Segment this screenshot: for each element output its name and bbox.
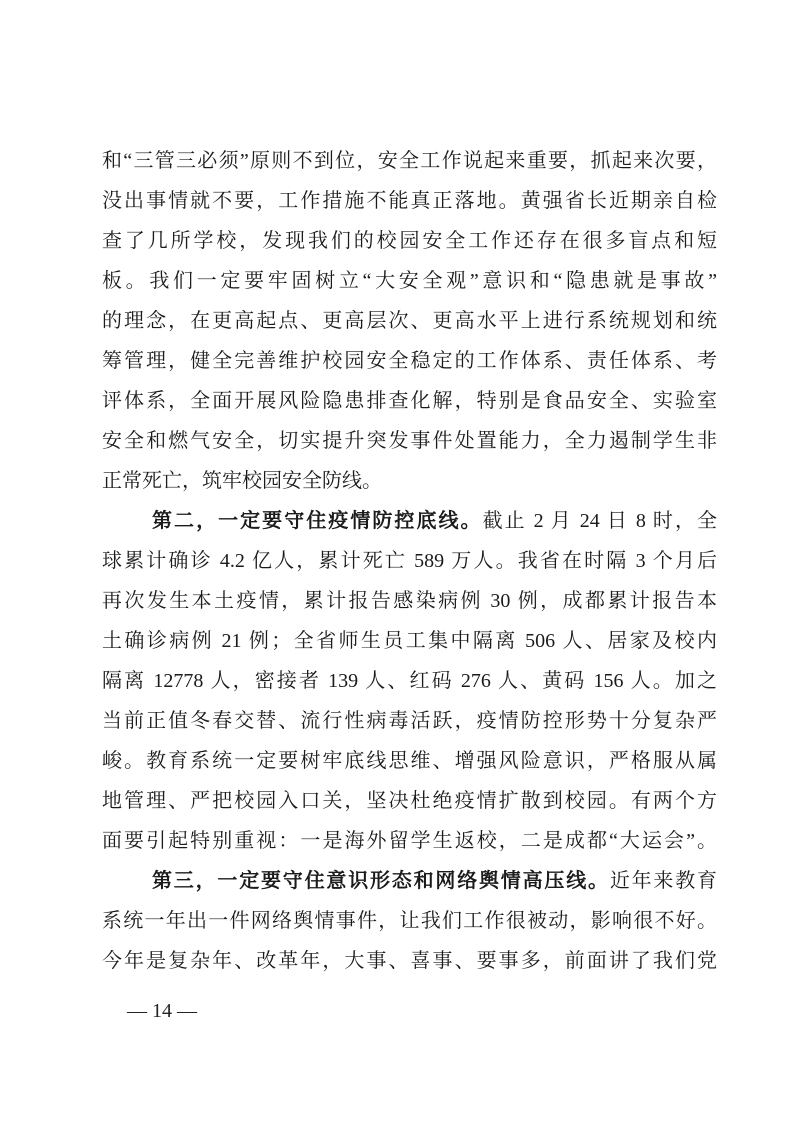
text-line: 再次发生本土疫情，累计报告感染病例 30 例，成都累计报告本	[102, 581, 717, 621]
body-text: 今年是复杂年、改革年，大事、喜事、要事多，前面讲了我们党	[102, 950, 717, 972]
text-line: 没出事情就不要，工作措施不能真正落地。黄强省长近期亲自检	[102, 181, 717, 221]
body-text: 查了几所学校，发现我们的校园安全工作还存在很多盲点和短	[102, 230, 717, 252]
text-line: 板。我们一定要牢固树立“大安全观”意识和“隐患就是事故”	[102, 261, 717, 301]
body-text: 筹管理，健全完善维护校园安全稳定的工作体系、责任体系、考	[102, 350, 717, 372]
text-line: 面要引起特别重视：一是海外留学生返校，二是成都“大运会”。	[102, 821, 717, 861]
body-text: 和“三管三必须”原则不到位，安全工作说起来重要，抓起来次要，	[102, 150, 717, 172]
body-text: 隔离 12778 人，密接者 139 人、红码 276 人、黄码 156 人。加…	[102, 670, 717, 692]
text-block: 和“三管三必须”原则不到位，安全工作说起来重要，抓起来次要，没出事情就不要，工作…	[102, 141, 717, 981]
body-text: 峻。教育系统一定要树牢底线思维、增强风险意识，严格服从属	[102, 750, 717, 772]
text-line: 土确诊病例 21 例；全省师生员工集中隔离 506 人、居家及校内	[102, 621, 717, 661]
page-number: — 14 —	[127, 997, 197, 1025]
body-text: 正常死亡，筑牢校园安全防线。	[102, 470, 382, 492]
body-text: 当前正值冬春交替、流行性病毒活跃，疫情防控形势十分复杂严	[102, 710, 717, 732]
text-line: 地管理、严把校园入口关，坚决杜绝疫情扩散到校园。有两个方	[102, 781, 717, 821]
body-text: 近年来教育	[610, 870, 717, 892]
text-line: 第二，一定要守住疫情防控底线。截止 2 月 24 日 8 时，全	[102, 501, 717, 541]
text-line: 隔离 12778 人，密接者 139 人、红码 276 人、黄码 156 人。加…	[102, 661, 717, 701]
body-text: 评体系，全面开展风险隐患排查化解，特别是食品安全、实验室	[102, 390, 717, 412]
text-line: 第三，一定要守住意识形态和网络舆情高压线。近年来教育	[102, 861, 717, 901]
text-line: 筹管理，健全完善维护校园安全稳定的工作体系、责任体系、考	[102, 341, 717, 381]
body-text: 安全和燃气安全，切实提升突发事件处置能力，全力遏制学生非	[102, 430, 717, 452]
body-text: 的理念，在更高起点、更高层次、更高水平上进行系统规划和统	[102, 310, 717, 332]
text-line: 球累计确诊 4.2 亿人，累计死亡 589 万人。我省在时隔 3 个月后	[102, 541, 717, 581]
paragraph-safety-redline-continued: 和“三管三必须”原则不到位，安全工作说起来重要，抓起来次要，没出事情就不要，工作…	[102, 141, 717, 501]
body-text: 球累计确诊 4.2 亿人，累计死亡 589 万人。我省在时隔 3 个月后	[102, 550, 717, 572]
paragraph-epidemic-prevention-redline: 第二，一定要守住疫情防控底线。截止 2 月 24 日 8 时，全球累计确诊 4.…	[102, 501, 717, 861]
text-line: 当前正值冬春交替、流行性病毒活跃，疫情防控形势十分复杂严	[102, 701, 717, 741]
bold-lead-text: 第二，一定要守住疫情防控底线。	[152, 510, 483, 532]
body-text: 系统一年出一件网络舆情事件，让我们工作很被动，影响很不好。	[102, 910, 717, 932]
text-line: 系统一年出一件网络舆情事件，让我们工作很被动，影响很不好。	[102, 901, 717, 941]
text-line: 安全和燃气安全，切实提升突发事件处置能力，全力遏制学生非	[102, 421, 717, 461]
text-line: 的理念，在更高起点、更高层次、更高水平上进行系统规划和统	[102, 301, 717, 341]
body-text: 截止 2 月 24 日 8 时，全	[483, 510, 717, 532]
body-text: 再次发生本土疫情，累计报告感染病例 30 例，成都累计报告本	[102, 590, 717, 612]
text-line: 和“三管三必须”原则不到位，安全工作说起来重要，抓起来次要，	[102, 141, 717, 181]
body-text: 土确诊病例 21 例；全省师生员工集中隔离 506 人、居家及校内	[102, 630, 717, 652]
body-text: 地管理、严把校园入口关，坚决杜绝疫情扩散到校园。有两个方	[102, 790, 717, 812]
text-line: 峻。教育系统一定要树牢底线思维、增强风险意识，严格服从属	[102, 741, 717, 781]
text-line: 正常死亡，筑牢校园安全防线。	[102, 461, 717, 501]
text-line: 查了几所学校，发现我们的校园安全工作还存在很多盲点和短	[102, 221, 717, 261]
bold-lead-text: 第三，一定要守住意识形态和网络舆情高压线。	[152, 870, 610, 892]
text-line: 今年是复杂年、改革年，大事、喜事、要事多，前面讲了我们党	[102, 941, 717, 981]
document-page: 和“三管三必须”原则不到位，安全工作说起来重要，抓起来次要，没出事情就不要，工作…	[0, 0, 793, 1122]
body-text: 板。我们一定要牢固树立“大安全观”意识和“隐患就是事故”	[102, 270, 717, 292]
text-line: 评体系，全面开展风险隐患排查化解，特别是食品安全、实验室	[102, 381, 717, 421]
body-text: 没出事情就不要，工作措施不能真正落地。黄强省长近期亲自检	[102, 190, 717, 212]
paragraph-ideology-public-opinion-redline: 第三，一定要守住意识形态和网络舆情高压线。近年来教育系统一年出一件网络舆情事件，…	[102, 861, 717, 981]
body-text: 面要引起特别重视：一是海外留学生返校，二是成都“大运会”。	[102, 830, 717, 852]
